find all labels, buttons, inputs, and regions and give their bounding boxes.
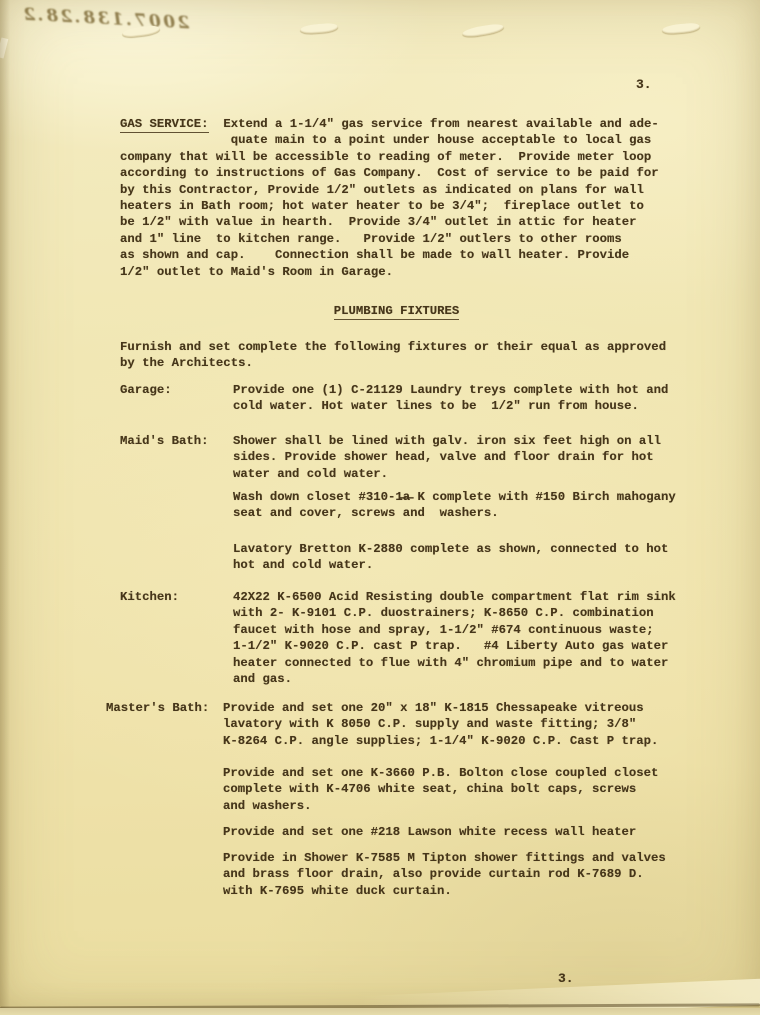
fixture-paragraph: Shower shall be lined with galv. iron si… (233, 433, 661, 482)
paragraph-line: cold water. Hot water lines to be 1/2" r… (233, 398, 668, 414)
fixture-paragraph: Provide in Shower K-7585 M Tipton shower… (223, 850, 666, 899)
fixture-paragraph: 42X22 K-6500 Acid Resisting double compa… (233, 589, 676, 687)
fixture-paragraph: Lavatory Bretton K-2880 complete as show… (233, 541, 668, 574)
paragraph-line: K-8264 C.P. angle supplies; 1-1/4" K-902… (223, 733, 658, 749)
paragraph-line: Provide and set one #218 Lawson white re… (223, 824, 636, 840)
paragraph-line: Provide one (1) C-21129 Laundry treys co… (233, 382, 668, 398)
paragraph-line: hot and cold water. (233, 557, 668, 573)
page-number-bottom: 3. (558, 971, 574, 987)
paragraph-line: faucet with hose and spray, 1-1/2" #674 … (233, 622, 676, 638)
paragraph-line: and washers. (223, 798, 658, 814)
paragraph-line: Lavatory Bretton K-2880 complete as show… (233, 541, 668, 557)
paragraph-line: complete with K-4706 white seat, china b… (223, 781, 658, 797)
paragraph-line: seat and cover, screws and washers. (233, 505, 676, 521)
fixture-paragraph: Wash down closet #310-1̶a̶ K complete wi… (233, 489, 676, 522)
fixture-entry-label: Kitchen: (120, 589, 179, 605)
paragraph-line: Shower shall be lined with galv. iron si… (233, 433, 661, 449)
fixture-paragraph: Provide and set one 20" x 18" K-1815 Che… (223, 700, 658, 749)
bottom-edge-strip (0, 1008, 760, 1015)
paragraph-line: with 2- K-9101 C.P. duostrainers; K-8650… (233, 605, 676, 621)
fixture-entry-label: Master's Bath: (106, 700, 209, 716)
paragraph-line: water and cold water. (233, 466, 661, 482)
paragraph-line: and gas. (233, 671, 676, 687)
paragraph-line: Provide and set one K-3660 P.B. Bolton c… (223, 765, 658, 781)
paragraph-line: Provide in Shower K-7585 M Tipton shower… (223, 850, 666, 866)
fixture-entry-label: Garage: (120, 382, 172, 398)
fixture-paragraph: Provide and set one #218 Lawson white re… (223, 824, 636, 840)
paragraph-line: Wash down closet #310-1̶a̶ K complete wi… (233, 489, 676, 505)
paragraph-line: sides. Provide shower head, valve and fl… (233, 449, 661, 465)
fixture-paragraph: Provide one (1) C-21129 Laundry treys co… (233, 382, 668, 415)
paragraph-line: lavatory with K 8050 C.P. supply and was… (223, 716, 658, 732)
paragraph-line: heater connected to flue with 4" chromiu… (233, 655, 676, 671)
scanned-document-page: 2007.138.28.2 3. GAS SERVICE: Extend a 1… (0, 0, 760, 1015)
paragraph-line: 42X22 K-6500 Acid Resisting double compa… (233, 589, 676, 605)
paragraph-line: Provide and set one 20" x 18" K-1815 Che… (223, 700, 658, 716)
paragraph-line: with K-7695 white duck curtain. (223, 883, 666, 899)
paragraph-line: 1-1/2" K-9020 C.P. cast P trap. #4 Liber… (233, 638, 676, 654)
fixture-entries: Garage:Provide one (1) C-21129 Laundry t… (0, 0, 760, 1015)
fixture-paragraph: Provide and set one K-3660 P.B. Bolton c… (223, 765, 658, 814)
fixture-entry-label: Maid's Bath: (120, 433, 209, 449)
paragraph-line: and brass floor drain, also provide curt… (223, 866, 666, 882)
